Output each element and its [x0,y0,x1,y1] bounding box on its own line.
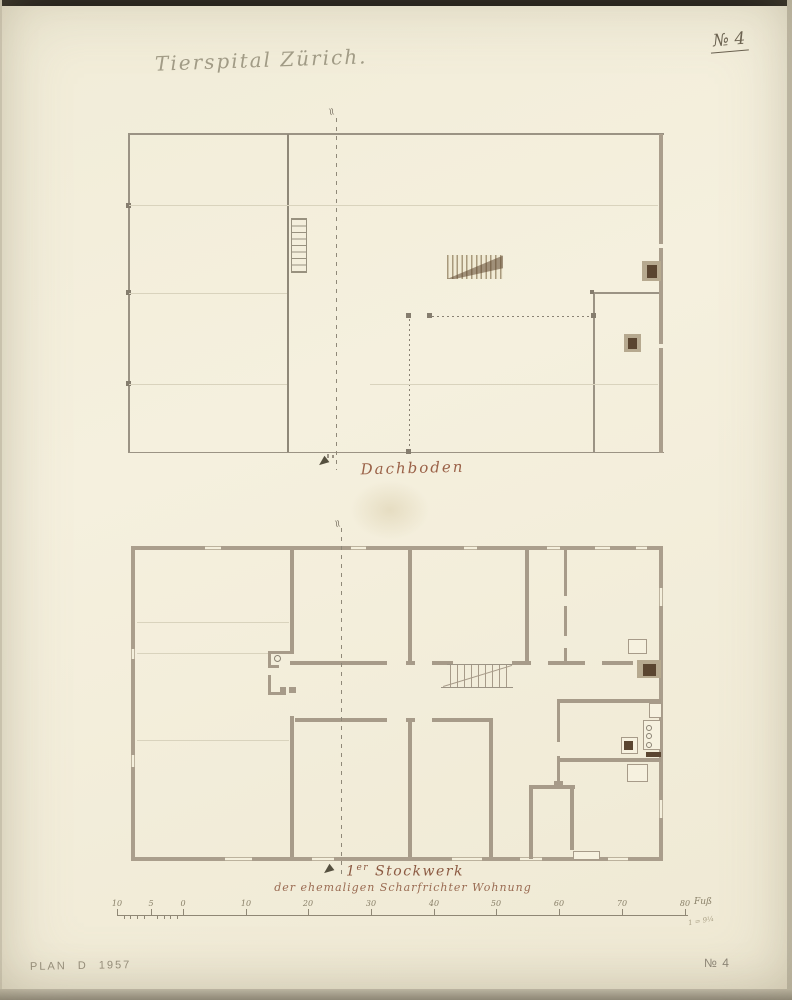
plan-thick [659,348,663,453]
section-line-upper [336,118,337,470]
scale-major [371,909,372,915]
scale-label: 50 [488,899,504,908]
scale-label: 5 [143,899,159,908]
scale-label: 70 [614,899,630,908]
plan-dark [646,752,661,757]
plan-thick2 [290,661,387,665]
sheet-number-top: № 4 [709,28,749,53]
scale-label: 0 [175,899,191,908]
paper-stain [350,480,430,540]
plan-faint [137,740,289,741]
plan-thin [128,133,664,135]
scale-major [434,909,435,915]
scale-major [246,909,247,915]
scale-major [496,909,497,915]
plan-post [591,313,596,318]
caption-number: 1 [346,864,356,880]
plan-thick2 [564,550,567,596]
scale-major [685,909,686,915]
scale-minor [164,916,165,919]
plan-thin [327,454,329,458]
plan-winh [312,857,334,861]
plan-winh [547,546,560,550]
plan-thick [131,546,135,861]
plan-faint [129,205,658,206]
plan-thin2 [287,134,289,452]
scan-edge-bottom [0,989,792,1000]
plan-thick2 [290,716,294,857]
section-line-lower [341,528,342,878]
plan-thick2 [548,661,585,665]
plan-thick2 [406,661,415,665]
scale-unit-label: Fuß [694,897,712,907]
plan-thick2 [557,699,561,742]
plan-winh [205,546,221,550]
scale-minor [130,916,131,919]
plan-winv [659,800,663,818]
scan-edge-top [0,0,792,6]
plan-thin [332,455,334,458]
ladder-hatch [291,218,307,273]
plan-dark [628,338,637,349]
plan-thick2 [557,699,661,703]
scale-label: 80 [677,899,693,908]
scale-minor [144,916,145,919]
attic-caption: Dachboden [340,457,485,479]
sheet-number-bottom: № 4 [704,956,730,970]
scale-label: 10 [238,899,254,908]
plan-winh [595,546,610,550]
section-flourish-lower: ≈ [330,517,345,529]
scan-edge-left [0,0,2,1000]
plan-white [627,764,648,782]
scale-minor [124,916,125,919]
plan-winh [351,546,366,550]
plan-winh [225,857,252,861]
scale-line [117,915,688,916]
plan-thin [128,452,664,454]
plan-thick2 [489,722,493,858]
plan-winh [608,857,628,861]
plan-thick [659,134,663,244]
plan-dark [624,741,633,750]
scale-major [117,909,118,915]
plan-white [649,703,662,718]
scale-major [183,909,184,915]
caption-ordinal: er [356,863,369,873]
plan-thick2 [570,789,574,850]
plan-thick2 [268,665,279,668]
scale-label: 30 [363,899,379,908]
scale-minor [157,916,158,919]
plan-winh [636,546,647,550]
plan-winh [452,857,482,861]
scale-major [622,909,623,915]
plan-circle [646,725,652,731]
scan-edge-right [787,0,792,1000]
plan-circle [274,655,281,662]
handwritten-title: Tierspital Zürich. [155,44,368,75]
caption-word: Stockwerk [369,864,464,880]
plan-thick2 [290,550,294,651]
plan-thick2 [529,785,575,789]
plan-faint [137,653,268,654]
plan-faint [129,384,287,385]
scanned-plan-sheet: Tierspital Zürich. № 4 ≈ Dachboden ≈ 1er… [0,0,792,1000]
plan-white [573,851,600,860]
plan-thick2 [525,550,529,661]
plan-faint [129,293,287,294]
plan-winv [131,755,135,767]
plan-winh [464,546,477,550]
scale-ratio-note: 1 = 9¼ [688,915,715,927]
plan-thick2 [408,722,412,858]
plan-dark [643,664,656,676]
plan-thick2 [408,550,412,661]
scale-label: 20 [300,899,316,908]
scale-major [151,909,152,915]
plan-thick2 [529,785,533,859]
plan-dark [647,265,657,278]
plan-white [628,639,647,654]
plan-thin [592,292,662,294]
plan-thick2 [432,718,493,722]
archive-stamp: PLAN D 1957 [30,959,131,973]
plan-winv [659,588,663,606]
plan-thick2 [602,661,633,665]
first-floor-caption: 1er Stockwerk [330,863,480,880]
plan-thick2 [557,758,661,762]
plan-doth [432,316,590,317]
plan-post [590,290,594,294]
scale-minor [137,916,138,919]
scale-label: 60 [551,899,567,908]
plan-thick2 [280,687,286,695]
plan-circle [646,733,652,739]
plan-thick2 [512,661,531,665]
plan-thick2 [289,687,296,693]
scale-minor [170,916,171,919]
scale-minor [177,916,178,919]
plan-thick2 [564,606,567,636]
scale-major [559,909,560,915]
scale-major [308,909,309,915]
first-floor-subcaption: der ehemaligen Scharfrichter Wohnung [268,881,538,894]
plan-faint [370,384,658,385]
plan-circle [646,742,652,748]
plan-faint [137,622,289,623]
scale-label: 40 [426,899,442,908]
scale-label: 10 [109,899,125,908]
section-flourish-upper: ≈ [324,105,339,117]
plan-thick2 [268,651,294,654]
plan-thick2 [554,781,563,787]
plan-winv [131,649,135,659]
plan-thick2 [564,648,567,661]
skylight-hatch [447,255,503,279]
